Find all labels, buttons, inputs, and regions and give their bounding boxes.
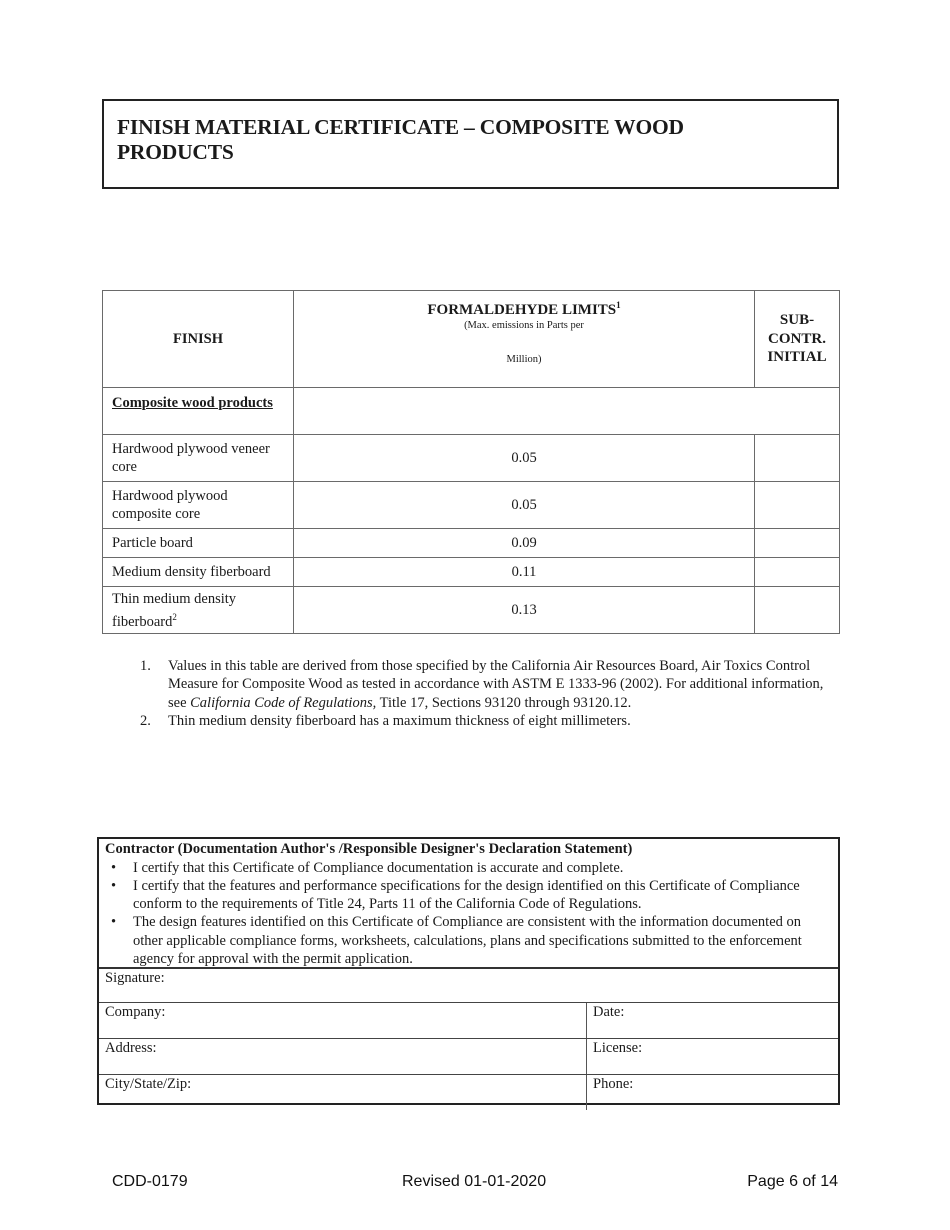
table-row: Medium density fiberboard 0.11	[103, 558, 840, 587]
header-finish: FINISH	[103, 291, 294, 388]
formaldehyde-limit-value: 0.13	[294, 587, 755, 634]
footnote-1: 1.Values in this table are derived from …	[140, 657, 830, 712]
page-footer: CDD-0179 Revised 01-01-2020 Page 6 of 14	[112, 1173, 838, 1195]
finish-name: Hardwood plywood veneer core	[103, 435, 294, 482]
declaration-statements: •I certify that this Certificate of Comp…	[99, 859, 838, 969]
page-number: Page 6 of 14	[747, 1173, 838, 1191]
license-field[interactable]: License:	[587, 1039, 838, 1074]
header-limits-unit-line1: (Max. emissions in Parts per	[303, 319, 745, 332]
header-sub-contractor-initial: SUB- CONTR. INITIAL	[755, 291, 840, 388]
bullet-icon: •	[111, 913, 116, 931]
header-formaldehyde-limits: FORMALDEHYDE LIMITS1 (Max. emissions in …	[294, 291, 755, 388]
license-label: License:	[593, 1040, 642, 1056]
table-header-row: FINISH FORMALDEHYDE LIMITS1 (Max. emissi…	[103, 291, 840, 388]
header-limits-unit-line2: Million)	[303, 354, 745, 365]
declaration-statement: •The design features identified on this …	[133, 913, 838, 968]
finish-name: Particle board	[103, 529, 294, 558]
company-date-row: Company: Date:	[99, 1002, 838, 1038]
address-license-row: Address: License:	[99, 1038, 838, 1074]
page-title: FINISH MATERIAL CERTIFICATE – COMPOSITE …	[104, 101, 757, 165]
footnote-2: 2.Thin medium density fiberboard has a m…	[140, 712, 830, 730]
city-state-zip-field[interactable]: City/State/Zip:	[99, 1075, 587, 1110]
certificate-title-box: FINISH MATERIAL CERTIFICATE – COMPOSITE …	[102, 99, 839, 189]
city-phone-row: City/State/Zip: Phone:	[99, 1074, 838, 1110]
section-empty-cell	[294, 388, 840, 435]
bullet-icon: •	[111, 859, 116, 877]
signature-field[interactable]: Signature:	[99, 969, 838, 1002]
declaration-statement: •I certify that this Certificate of Comp…	[133, 859, 838, 877]
initial-field[interactable]	[755, 435, 840, 482]
signature-form: Signature: Company: Date: Address: Licen…	[99, 967, 838, 1110]
date-label: Date:	[593, 1004, 624, 1020]
formaldehyde-limit-value: 0.11	[294, 558, 755, 587]
formaldehyde-limits-table: FINISH FORMALDEHYDE LIMITS1 (Max. emissi…	[102, 290, 840, 634]
finish-name: Medium density fiberboard	[103, 558, 294, 587]
city-state-zip-label: City/State/Zip:	[105, 1076, 191, 1092]
section-row: Composite wood products	[103, 388, 840, 435]
footnote-ref: 2	[172, 612, 177, 622]
date-field[interactable]: Date:	[587, 1003, 838, 1038]
form-id: CDD-0179	[112, 1173, 188, 1191]
address-label: Address:	[105, 1040, 157, 1056]
revision-date: Revised 01-01-2020	[402, 1173, 546, 1191]
phone-label: Phone:	[593, 1076, 633, 1092]
company-label: Company:	[105, 1004, 165, 1020]
finish-name: Hardwood plywood composite core	[103, 482, 294, 529]
declaration-heading: Contractor (Documentation Author's /Resp…	[99, 839, 838, 859]
bullet-icon: •	[111, 877, 116, 895]
declaration-statement: •I certify that the features and perform…	[133, 877, 838, 914]
initial-field[interactable]	[755, 529, 840, 558]
footnote-ref: 1	[616, 300, 621, 310]
phone-field[interactable]: Phone:	[587, 1075, 838, 1110]
initial-field[interactable]	[755, 482, 840, 529]
table-footnotes: 1.Values in this table are derived from …	[140, 657, 830, 730]
company-field[interactable]: Company:	[99, 1003, 587, 1038]
formaldehyde-limit-value: 0.05	[294, 435, 755, 482]
formaldehyde-limit-value: 0.05	[294, 482, 755, 529]
section-label: Composite wood products	[103, 388, 294, 435]
formaldehyde-limit-value: 0.09	[294, 529, 755, 558]
signature-label: Signature:	[105, 970, 165, 986]
address-field[interactable]: Address:	[99, 1039, 587, 1074]
table-row: Thin medium density fiberboard2 0.13	[103, 587, 840, 634]
initial-field[interactable]	[755, 587, 840, 634]
table-row: Hardwood plywood veneer core 0.05	[103, 435, 840, 482]
contractor-declaration: Contractor (Documentation Author's /Resp…	[97, 837, 840, 1105]
finish-name: Thin medium density fiberboard2	[103, 587, 294, 634]
table-row: Hardwood plywood composite core 0.05	[103, 482, 840, 529]
signature-row: Signature:	[99, 967, 838, 1002]
initial-field[interactable]	[755, 558, 840, 587]
table-row: Particle board 0.09	[103, 529, 840, 558]
